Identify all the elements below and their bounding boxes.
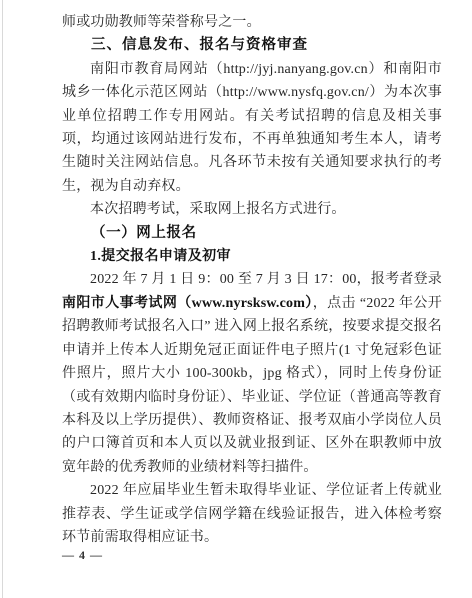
exam-website-bold-text: 南阳市人事考试网（www.nyrsksw.com）: [62, 296, 313, 311]
page-number: — 4 —: [62, 548, 103, 563]
document-page: 师或功勋教师等荣誉称号之一。 三、信息发布、报名与资格审查 南阳市教育局网站（h…: [0, 0, 472, 598]
apply-text-after-bold: ，点击 “2022 年公开招聘教师考试报名入口” 进入网上报名系统，按要求提交报…: [62, 296, 442, 475]
page-edge-line: [2, 0, 3, 598]
section-heading: 三、信息发布、报名与资格审查: [62, 34, 442, 57]
subsection-heading: （一）网上报名: [62, 222, 442, 245]
document-body: 师或功勋教师等荣誉称号之一。 三、信息发布、报名与资格审查 南阳市教育局网站（h…: [62, 11, 442, 549]
paragraph-apply: 2022 年 7 月 1 日 9：00 至 7 月 3 日 17：00，报考者登…: [62, 268, 442, 479]
paragraph-graduates: 2022 年应届毕业生暂未取得毕业证、学位证者上传就业推荐表、学生证或学信网学籍…: [62, 479, 442, 549]
continuation-paragraph: 师或功勋教师等荣誉称号之一。: [62, 11, 442, 34]
paragraph-online-method: 本次招聘考试，采取网上报名方式进行。: [62, 198, 442, 221]
paragraph-websites: 南阳市教育局网站（http://jyj.nanyang.gov.cn）和南阳市城…: [62, 58, 442, 198]
apply-text-before-bold: 2022 年 7 月 1 日 9：00 至 7 月 3 日 17：00，报考者登…: [90, 272, 442, 287]
step-heading: 1.提交报名申请及初审: [62, 245, 442, 268]
